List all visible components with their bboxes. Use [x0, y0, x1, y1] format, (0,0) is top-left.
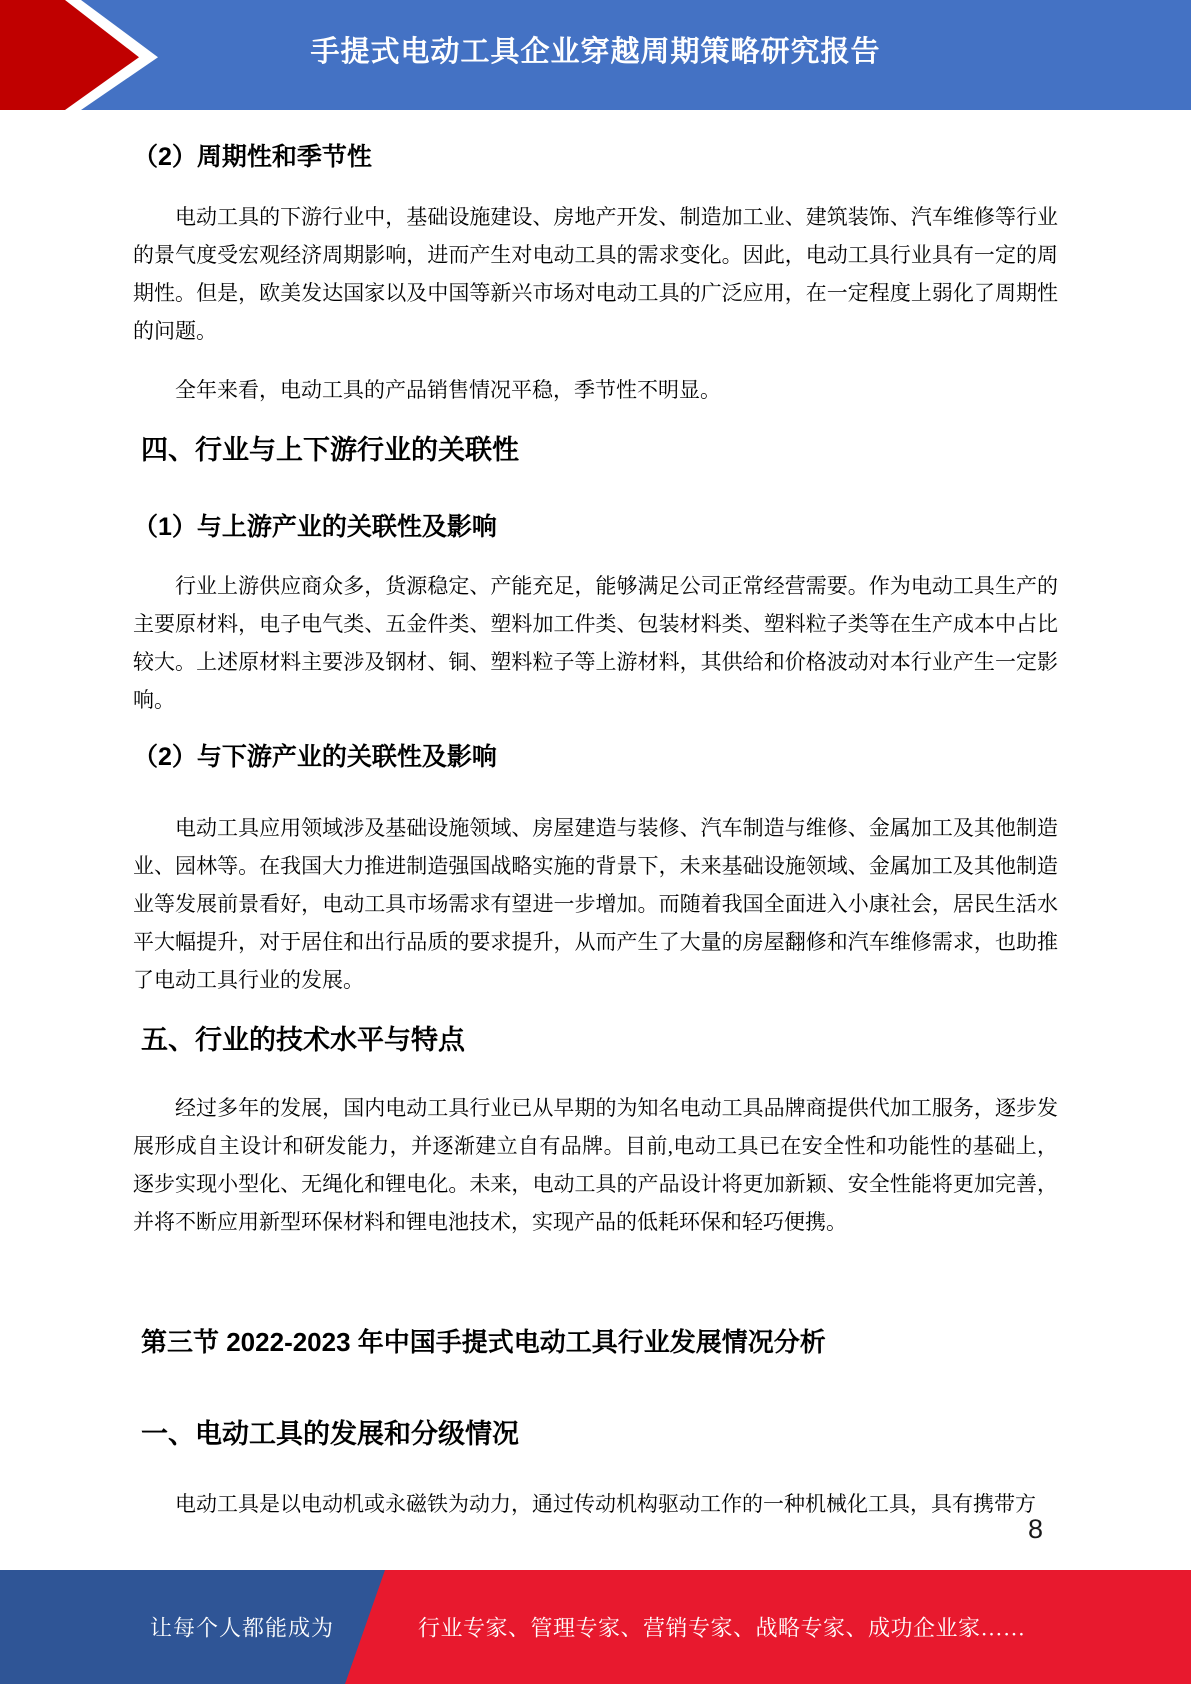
paragraph-seasonality: 全年来看，电动工具的产品销售情况平稳，季节性不明显。: [133, 371, 1058, 409]
footer-slogan-left: 让每个人都能成为: [150, 1612, 334, 1643]
document-body: （2）周期性和季节性 电动工具的下游行业中，基础设施建设、房地产开发、制造加工业…: [0, 110, 1191, 1523]
page-header: 手提式电动工具企业穿越周期策略研究报告: [0, 0, 1191, 110]
report-page: 手提式电动工具企业穿越周期策略研究报告 （2）周期性和季节性 电动工具的下游行业…: [0, 0, 1191, 1684]
heading-industry-linkage: 四、行业与上下游行业的关联性: [141, 431, 1058, 469]
heading-downstream-linkage: （2）与下游产业的关联性及影响: [133, 740, 1058, 774]
page-number: 8: [1028, 1514, 1043, 1544]
paragraph-tool-development: 电动工具是以电动机或永磁铁为动力，通过传动机构驱动工作的一种机械化工具，具有携带…: [133, 1485, 1058, 1523]
report-title: 手提式电动工具企业穿越周期策略研究报告: [0, 29, 1191, 70]
heading-section-three: 第三节 2022-2023 年中国手提式电动工具行业发展情况分析: [141, 1323, 1058, 1361]
paragraph-downstream: 电动工具应用领域涉及基础设施领域、房屋建造与装修、汽车制造与维修、金属加工及其他…: [133, 809, 1058, 999]
page-footer: 让每个人都能成为 行业专家、管理专家、营销专家、战略专家、成功企业家……: [0, 1570, 1191, 1684]
heading-periodicity-seasonality: （2）周期性和季节性: [133, 140, 1058, 174]
paragraph-periodicity: 电动工具的下游行业中，基础设施建设、房地产开发、制造加工业、建筑装饰、汽车维修等…: [133, 198, 1058, 350]
paragraph-technology: 经过多年的发展，国内电动工具行业已从早期的为知名电动工具品牌商提供代加工服务，逐…: [133, 1089, 1058, 1241]
footer-slogan-right: 行业专家、管理专家、营销专家、战略专家、成功企业家……: [418, 1612, 1026, 1643]
heading-upstream-linkage: （1）与上游产业的关联性及影响: [133, 510, 1058, 544]
paragraph-upstream: 行业上游供应商众多，货源稳定、产能充足，能够满足公司正常经营需要。作为电动工具生…: [133, 567, 1058, 719]
heading-tool-development: 一、电动工具的发展和分级情况: [141, 1415, 1058, 1453]
heading-technology-level: 五、行业的技术水平与特点: [141, 1021, 1058, 1059]
